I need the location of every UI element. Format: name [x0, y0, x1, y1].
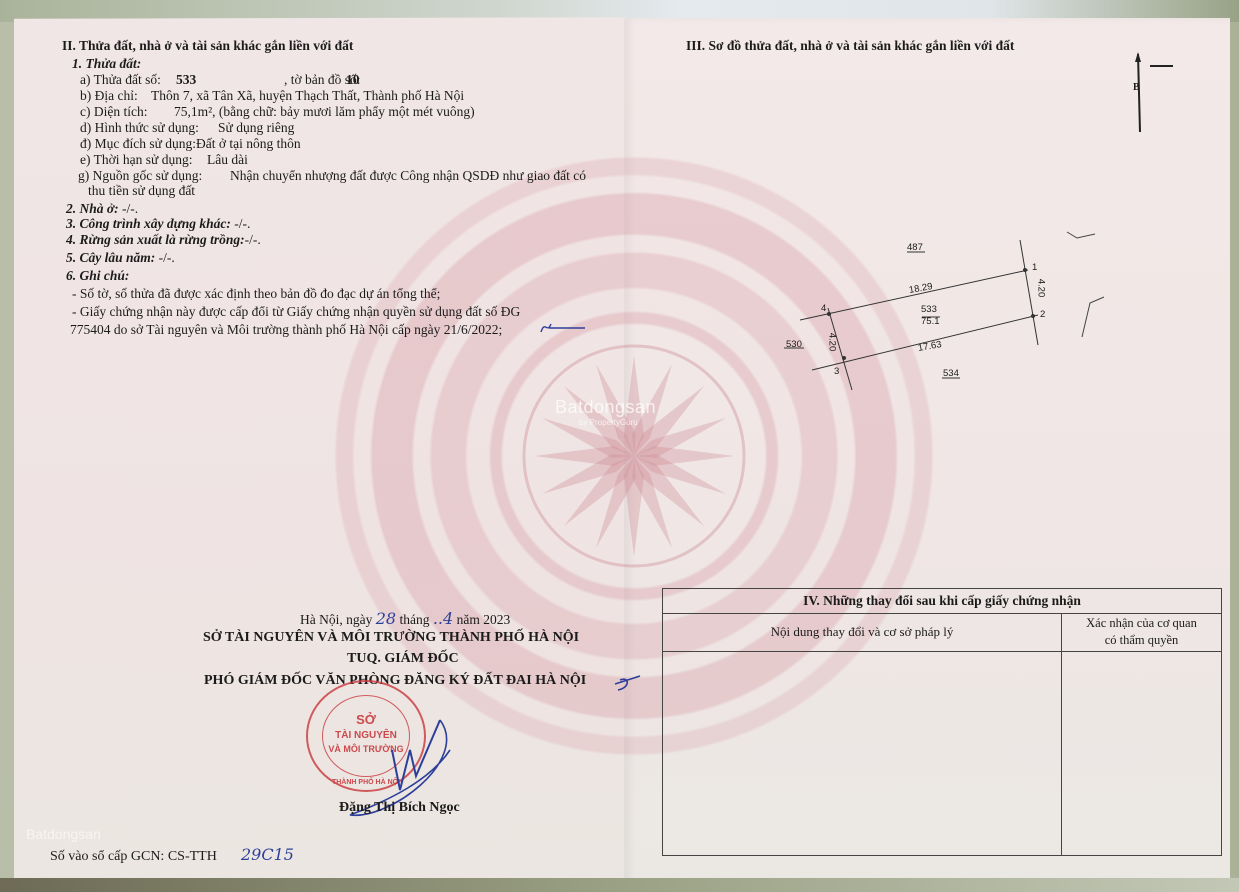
origin-line2: thu tiền sử dụng đất [88, 183, 195, 199]
note-2-line2: 775404 do sở Tài nguyên và Môi trường th… [70, 322, 502, 338]
address-value: Thôn 7, xã Tân Xã, huyện Thạch Thất, Thà… [151, 88, 464, 104]
date-day: 28 [376, 609, 396, 628]
point-2: 2 [1040, 307, 1045, 323]
area-value: 75,1m², (bằng chữ: bảy mươi lăm phẩy một… [174, 104, 475, 120]
registry-number: 29C15 [241, 847, 294, 863]
issue-date: Hà Nội, ngày 28 tháng ..4 năm 2023 [300, 611, 510, 628]
parcel-number: 533 [176, 72, 196, 88]
changes-table: IV. Những thay đổi sau khi cấp giấy chứn… [662, 588, 1222, 856]
on-behalf-of: TUQ. GIÁM ĐỐC [347, 651, 459, 667]
note-2-line1: - Giấy chứng nhận này được cấp đổi từ Gi… [72, 304, 520, 320]
land-heading: 1. Thửa đất: [72, 56, 141, 72]
purpose-value: Đất ở tại nông thôn [196, 136, 301, 152]
origin-line1: Nhận chuyển nhượng đất được Công nhận QS… [230, 168, 586, 184]
point-1: 1 [1032, 260, 1037, 276]
forest-label: 4. Rừng sản xuất là rừng trồng: [66, 232, 245, 247]
boundary-mark-icon [1080, 295, 1110, 340]
term-value: Lâu dài [207, 152, 248, 168]
signature-icon [330, 680, 640, 820]
perennial-value: -/-. [159, 250, 175, 265]
house-value: -/-. [122, 201, 138, 216]
origin-label: g) Nguồn gốc sử dụng: [78, 168, 202, 184]
changes-col-confirmation: Xác nhận của cơ quan có thẩm quyền [1061, 613, 1221, 653]
neighbor-south: 534 [943, 366, 959, 382]
boundary-mark-icon [1065, 228, 1105, 248]
section-iii-title: III. Sơ đồ thửa đất, nhà ở và tài sản kh… [686, 38, 1014, 54]
section-ii-title: II. Thửa đất, nhà ở và tài sản khác gắn … [62, 38, 353, 54]
notes-heading: 6. Ghi chú: [66, 268, 129, 284]
usage-form-value: Sử dụng riêng [218, 120, 294, 136]
point-3: 3 [834, 364, 839, 380]
address-label: b) Địa chỉ: [80, 88, 138, 104]
other-construction-label: 3. Công trình xây dựng khác: [66, 216, 231, 231]
perennial-label: 5. Cây lâu năm: [66, 250, 155, 265]
issuing-authority: SỞ TÀI NGUYÊN VÀ MÔI TRƯỜNG THÀNH PHỐ HÀ… [203, 630, 579, 646]
registry-label: Số vào sổ cấp GCN: CS-TTH [50, 849, 217, 865]
map-sheet-number: 10 [346, 72, 360, 88]
watermark-logo-bottom: Batdongsan [26, 826, 101, 842]
parcel-label: a) Thửa đất số: [80, 72, 161, 88]
signer-name: Đặng Thị Bích Ngọc [339, 800, 460, 816]
neighbor-west: 530 [786, 337, 802, 353]
parcel-area-plot: 75.1 [921, 314, 940, 330]
initial-mark-icon [535, 318, 595, 338]
forest-value: -/-. [245, 232, 261, 247]
background-bottom [0, 878, 1239, 892]
edge-left-length: 4.20 [823, 333, 839, 352]
date-month: ..4 [433, 609, 453, 628]
north-label: B [1133, 80, 1140, 96]
other-construction-value: -/-. [234, 216, 250, 231]
changes-table-title: IV. Những thay đổi sau khi cấp giấy chứn… [663, 589, 1221, 614]
house-label: 2. Nhà ở: [66, 201, 119, 216]
table-divider [1061, 651, 1062, 855]
term-label: e) Thời hạn sử dụng: [80, 152, 192, 168]
changes-col-content: Nội dung thay đổi và cơ sở pháp lý [663, 613, 1061, 651]
neighbor-north: 487 [907, 240, 923, 256]
edge-right-length: 4.20 [1032, 279, 1048, 298]
usage-form-label: d) Hình thức sử dụng: [80, 120, 199, 136]
area-label: c) Diện tích: [80, 104, 147, 120]
purpose-label: đ) Mục đích sử dụng: [80, 136, 196, 152]
point-4: 4 [821, 301, 826, 317]
note-1: - Số tờ, số thửa đã được xác định theo b… [72, 286, 440, 302]
